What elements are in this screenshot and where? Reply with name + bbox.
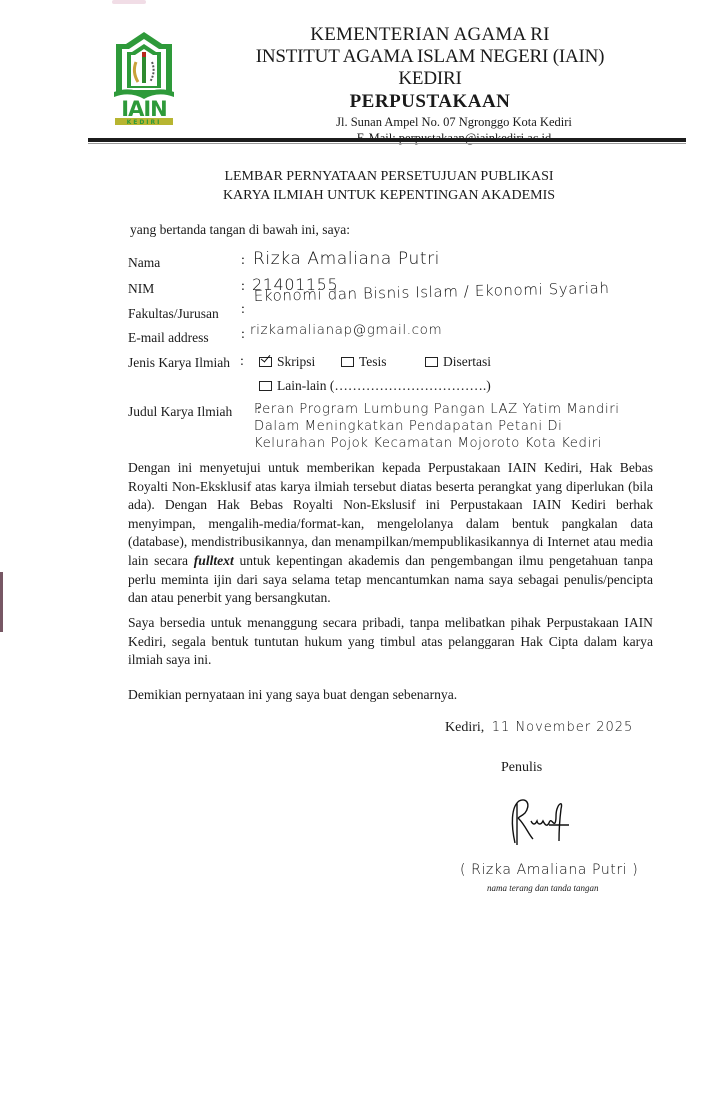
address: Jl. Sunan Ampel No. 07 Ngronggo Kota Ked… — [230, 114, 630, 130]
svg-text:KEDIRI: KEDIRI — [127, 119, 162, 126]
handwritten-signature-icon — [505, 795, 575, 850]
unit-name: PERPUSTAKAAN — [230, 90, 630, 114]
svg-text:IAIN: IAIN — [121, 97, 166, 121]
emphasis-fulltext: fulltext — [194, 553, 234, 568]
colon: : — [241, 253, 245, 269]
empty-box-icon — [259, 381, 272, 391]
checkbox-disertasi[interactable]: Disertasi — [425, 354, 491, 370]
field-label-fakultas: Fakultas/Jurusan — [128, 306, 219, 322]
paragraph-liability: Saya bersedia untuk menanggung secara pr… — [128, 614, 653, 670]
intro-text: yang bertanda tangan di bawah ini, saya: — [130, 222, 350, 238]
signature-date: Kediri, 11 November 2025 — [445, 720, 633, 736]
field-label-judul: Judul Karya Ilmiah — [128, 404, 232, 420]
field-label-nama: Nama — [128, 255, 160, 271]
field-value-judul: Peran Program Lumbung Pangan LAZ Yatim M… — [254, 401, 620, 452]
letterhead-divider — [88, 138, 686, 142]
colon: : — [241, 302, 245, 318]
institute-name: INSTITUT AGAMA ISLAM NEGERI (IAIN) KEDIR… — [230, 46, 630, 90]
checkbox-lain-lain[interactable]: Lain-lain (…………………………….) — [259, 378, 491, 394]
signature-name: ( Rizka Amaliana Putri ) — [460, 862, 638, 878]
ministry-name: KEMENTERIAN AGAMA RI — [230, 24, 630, 46]
scan-edge-artifact — [0, 572, 3, 632]
iain-kediri-logo-icon: IAIN KEDIRI — [110, 30, 178, 126]
field-label-nim: NIM — [128, 281, 154, 297]
document-title: LEMBAR PERNYATAAN PERSETUJUAN PUBLIKASI … — [90, 167, 688, 205]
checkbox-skripsi[interactable]: Skripsi — [259, 354, 315, 370]
field-value-email: rizkamalianap@gmail.com — [250, 322, 442, 338]
field-label-email: E-mail address — [128, 330, 209, 346]
colon: : — [240, 354, 244, 370]
checked-box-icon — [259, 357, 272, 367]
paragraph-closing: Demikian pernyataan ini yang saya buat d… — [128, 686, 653, 705]
signature-role: Penulis — [501, 760, 542, 776]
empty-box-icon — [425, 357, 438, 367]
scan-smudge — [112, 0, 146, 4]
colon: : — [241, 279, 245, 295]
colon: : — [241, 327, 245, 343]
letterhead: KEMENTERIAN AGAMA RI INSTITUT AGAMA ISLA… — [230, 24, 630, 146]
empty-box-icon — [341, 357, 354, 367]
paragraph-license: Dengan ini menyetujui untuk memberikan k… — [128, 459, 653, 608]
field-label-jenis: Jenis Karya Ilmiah — [128, 355, 230, 371]
checkbox-tesis[interactable]: Tesis — [341, 354, 387, 370]
field-value-nama: Rizka Amaliana Putri — [253, 249, 440, 269]
signature-note: nama terang dan tanda tangan — [487, 883, 599, 893]
letterhead-divider-thin — [88, 143, 686, 144]
